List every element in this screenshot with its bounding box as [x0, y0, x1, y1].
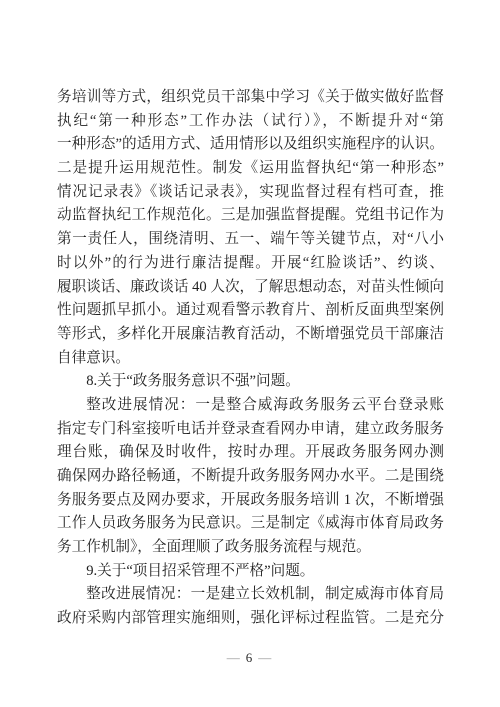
page-number: 6: [242, 650, 259, 665]
text-line: 履职谈话、廉政谈话 40 人次，了解思想动态，对苗头性倾向: [57, 276, 444, 300]
text-line: 整改进展情况：一是建立长效机制，制定威海市体育局: [57, 583, 444, 607]
section-heading-8: 8.关于“政务服务意识不强”问题。: [57, 370, 444, 394]
text-line: 一种形态”的适用方式、适用情形以及组织实施程序的认识。: [57, 133, 444, 157]
document-page: 务培训等方式，组织党员干部集中学习《关于做实做好监督 执纪“第一种形态”工作办法…: [0, 0, 500, 707]
text-line: 第一责任人，围绕清明、五一、端午等关键节点，对“八小: [57, 228, 444, 252]
section-heading-9: 9.关于“项目招采管理不严格”问题。: [57, 560, 444, 584]
footer-right-dash: —: [258, 650, 273, 665]
text-line: 情况记录表》《谈话记录表》，实现监督过程有档可查，推: [57, 181, 444, 205]
text-line: 执纪“第一种形态”工作办法（试行）》，不断提升对“第: [57, 110, 444, 134]
text-line: 等形式，多样化开展廉洁教育活动，不断增强党员干部廉洁: [57, 323, 444, 347]
text-line: 二是提升运用规范性。制发《运用监督执纪“第一种形态”: [57, 157, 444, 181]
text-line: 确保网办路径畅通，不断提升政务服务网办水平。二是围绕政: [57, 465, 444, 489]
text-line: 整改进展情况：一是整合威海政务服务云平台登录账号，: [57, 394, 444, 418]
text-line: 时以外”的行为进行廉洁提醒。开展“红脸谈话”、约谈、: [57, 252, 444, 276]
footer-left-dash: —: [227, 650, 242, 665]
page-footer: —6—: [0, 650, 500, 666]
text-line: 理台账，确保及时收件，按时办理。开展政务服务网办测试，: [57, 441, 444, 465]
text-line: 务培训等方式，组织党员干部集中学习《关于做实做好监督: [57, 86, 444, 110]
document-body: 务培训等方式，组织党员干部集中学习《关于做实做好监督 执纪“第一种形态”工作办法…: [57, 86, 444, 631]
text-line: 动监督执纪工作规范化。三是加强监督提醒。党组书记作为: [57, 204, 444, 228]
text-line: 指定专门科室接听电话并登录查看网办申请，建立政务服务办: [57, 418, 444, 442]
text-line: 自律意识。: [57, 347, 444, 371]
text-line: 工作人员政务服务为民意识。三是制定《威海市体育局政务服: [57, 512, 444, 536]
text-line: 政府采购内部管理实施细则，强化评标过程监管。二是充分: [57, 607, 444, 631]
text-line: 性问题抓早抓小。通过观看警示教育片、剖析反面典型案例: [57, 299, 444, 323]
text-line: 务服务要点及网办要求，开展政务服务培训 1 次，不断增强: [57, 489, 444, 513]
text-line: 务工作机制》，全面理顺了政务服务流程与规范。: [57, 536, 444, 560]
